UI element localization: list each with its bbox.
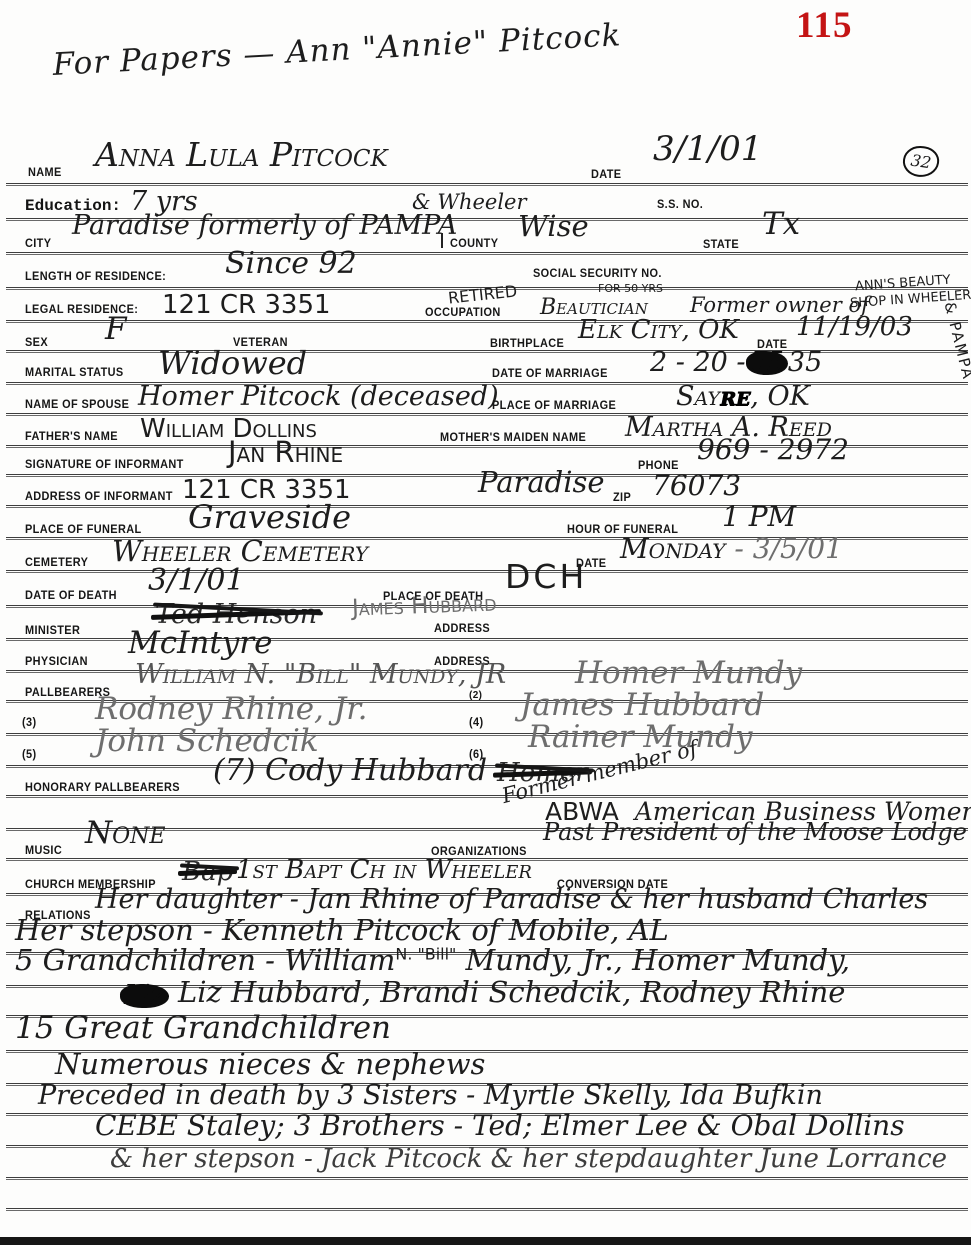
rule-line [6, 1177, 968, 1180]
organizations-value: Past President of the Moose Lodge Women [543, 820, 971, 844]
page-number: 115 [796, 4, 852, 47]
birthplace-value: Elk City, OK [578, 317, 739, 343]
state-label: STATE [703, 239, 739, 251]
relations-line-1: Her daughter - Jan Rhine of Paradise & h… [95, 886, 928, 913]
pallbearer-4-label: (4) [469, 717, 484, 729]
birth-date-value: 11/19/03 [796, 314, 913, 340]
place-of-marriage-label: PLACE OF MARRIAGE [492, 400, 616, 412]
length-of-residence-value: Since 92 [225, 249, 357, 279]
marriage-place-pre: Say [676, 381, 720, 412]
margin-vertical-note: & PAMPA [941, 300, 971, 382]
physician-value: McIntyre [128, 628, 272, 659]
relations-line-3-post: Mundy, Jr., Homer Mundy, [456, 943, 850, 977]
zip-label: ZIP [613, 492, 631, 504]
pallbearer-3-label: (3) [22, 717, 37, 729]
marriage-date-scribble: 55 [746, 351, 788, 375]
funeral-date-rest: - 3/5/01 [734, 532, 843, 565]
rule-line [6, 1208, 968, 1211]
place-of-marriage-value: Sayre, OK [676, 383, 810, 410]
pallbearer-5-label: (5) [22, 749, 37, 761]
pallbearer-2-value: Homer Mundy [575, 658, 802, 689]
informant-city-value: Paradise [478, 468, 605, 497]
occupation-years-note: FOR 50 YRS [598, 283, 663, 294]
marital-status-value: Widowed [158, 347, 307, 379]
place-of-funeral-value: Graveside [188, 501, 351, 533]
relations-line-6: Numerous nieces & nephews [55, 1050, 485, 1079]
minister-label: MINISTER [25, 625, 80, 637]
birthplace-label: BIRTHPLACE [490, 338, 564, 350]
signature-of-informant-label: SIGNATURE OF INFORMANT [25, 459, 184, 471]
marriage-place-post: , OK [750, 381, 809, 412]
informant-value: Jan Rhine [228, 438, 343, 467]
pen-tick [441, 233, 443, 248]
rule-line [6, 252, 968, 255]
minister-address-label: ADDRESS [434, 623, 490, 635]
marriage-date-prefix: 2 - 20 - [650, 347, 746, 378]
phone-value: 969 - 2972 [697, 436, 849, 464]
length-of-residence-label: LENGTH OF RESIDENCE: [25, 271, 166, 283]
hour-of-funeral-value: 1 PM [722, 503, 796, 531]
marriage-place-correction: re [720, 381, 750, 412]
date-of-marriage-label: DATE OF MARRIAGE [492, 368, 608, 380]
minister-value: James Hubbard [352, 592, 497, 620]
zip-value: 76073 [652, 472, 741, 500]
header-note: For Papers — Ann "Annie" Pitcock [52, 20, 622, 81]
date-label: DATE [591, 169, 621, 181]
circled-number: 32 [901, 143, 941, 179]
honorary-pallbearers-label: HONORARY PALLBEARERS [25, 782, 180, 794]
place-of-death-value: DCH [505, 560, 587, 593]
funeral-date-day: Monday [620, 532, 725, 565]
marriage-date-year: 35 [788, 347, 822, 378]
city-value: Paradise formerly of PAMPA [72, 212, 457, 239]
relations-line-3-pre: 5 Grandchildren - William [15, 943, 395, 977]
relations-line-3: 5 Grandchildren - WilliamN. "Bill" Mundy… [15, 946, 850, 975]
sex-label: SEX [25, 337, 48, 349]
date-of-marriage-value: 2 - 20 -5535 [650, 349, 822, 376]
relations-line-4-scratch: Liz [120, 982, 169, 1009]
relations-line-4: Liz Hubbard, Brandi Schedcik, Rodney Rhi… [178, 978, 845, 1007]
relations-line-7: Preceded in death by 3 Sisters - Myrtle … [38, 1082, 823, 1109]
occupation-label: OCCUPATION [425, 307, 501, 319]
pallbearer-1-value: William N. "Bill" Mundy, JR [135, 661, 506, 688]
social-security-label: SOCIAL SECURITY NO. [533, 268, 662, 280]
mothers-maiden-name-label: MOTHER'S MAIDEN NAME [440, 432, 586, 444]
county-label: COUNTY [450, 238, 498, 250]
rule-line [6, 505, 968, 508]
county-value: Wise [518, 212, 589, 241]
relations-line-5: 15 Great Grandchildren [15, 1013, 391, 1044]
date-of-death-label: DATE OF DEATH [25, 590, 117, 602]
city-insert-value: & Wheeler [412, 192, 527, 213]
music-label: MUSIC [25, 845, 62, 857]
minister-scratched-value: Ted Henson [155, 601, 317, 628]
date-of-death-value: 3/1/01 [148, 566, 245, 596]
marital-status-label: MARITAL STATUS [25, 367, 124, 379]
relations-line-2: Her stepson - Kenneth Pitcock of Mobile,… [15, 916, 669, 945]
address-of-informant-label: ADDRESS OF INFORMANT [25, 491, 173, 503]
physician-label: PHYSICIAN [25, 656, 88, 668]
church-scratched-value: Bap [182, 859, 233, 885]
sex-value: F [105, 314, 127, 345]
name-label: NAME [28, 167, 62, 179]
state-value: Tx [762, 209, 800, 240]
relations-line-9: & her stepson - Jack Pitcock & her stepd… [110, 1146, 947, 1172]
pallbearer-2-label: (2) [469, 689, 482, 701]
scan-edge-bar [0, 1237, 971, 1245]
name-value: Anna Lula Pitcock [95, 138, 388, 171]
cemetery-value: Wheeler Cemetery [112, 537, 368, 566]
rule-line [6, 350, 968, 353]
funeral-date-value: Monday - 3/5/01 [620, 535, 843, 563]
honorary-pallbearer-value: (7) Cody Hubbard [213, 756, 487, 786]
relations-line-8: CEBE Staley; 3 Brothers - Ted; Elmer Lee… [95, 1112, 905, 1140]
spouse-value: Homer Pitcock (deceased) [138, 383, 499, 410]
pallbearer-4-value: James Hubbard [520, 690, 764, 721]
relations-line-3-insert: N. "Bill" [395, 944, 456, 963]
city-label: CITY [25, 238, 51, 250]
occupation-retired-note: RETIRED [447, 283, 518, 306]
legal-residence-value: 121 CR 3351 [162, 292, 331, 318]
name-of-spouse-label: NAME OF SPOUSE [25, 399, 129, 411]
pallbearer-3-value: Rodney Rhine, Jr. [95, 694, 367, 725]
date-value: 3/1/01 [653, 132, 762, 166]
cemetery-label: CEMETERY [25, 557, 88, 569]
fathers-name-label: FATHER'S NAME [25, 431, 118, 443]
scanned-funeral-record: 115 For Papers — Ann "Annie" Pitcock NAM… [0, 0, 971, 1245]
ss-no-label: S.S. NO. [657, 199, 703, 211]
church-value: 1st Bapt Ch in Wheeler [236, 857, 532, 883]
music-value: None [85, 818, 165, 849]
